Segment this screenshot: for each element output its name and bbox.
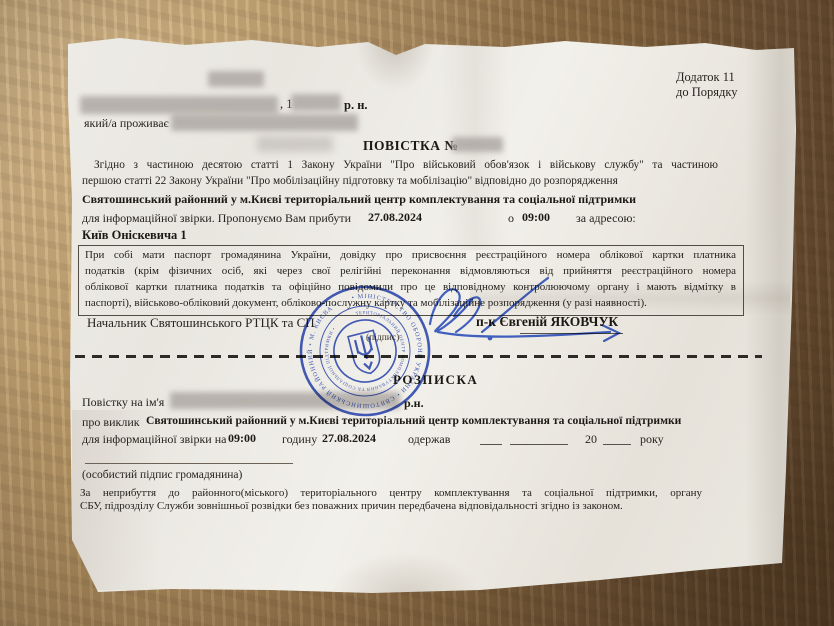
blank-line bbox=[603, 444, 631, 445]
birth-suffix: р. н. bbox=[344, 98, 368, 113]
receipt-received-word: одержав bbox=[408, 432, 450, 447]
receipt-call-label: про виклик bbox=[82, 415, 140, 430]
receipt-time: 09:00 bbox=[228, 431, 256, 446]
tcc-name: Святошинський районний у м.Києві територ… bbox=[82, 192, 636, 207]
trident-icon bbox=[354, 334, 376, 370]
paper-crease bbox=[745, 40, 795, 570]
receipt-tcc-name: Святошинський районний у м.Києві територ… bbox=[146, 414, 681, 427]
blank-line bbox=[510, 444, 568, 445]
year-word: року bbox=[640, 432, 664, 447]
pen-signature bbox=[398, 272, 638, 350]
requirements-line1: При собі мати паспорт громадянина Україн… bbox=[85, 249, 736, 261]
residence-label: який/а проживає bbox=[84, 116, 169, 131]
time-connector: о bbox=[508, 211, 514, 226]
paper-crease bbox=[355, 42, 435, 92]
warning-line1: За неприбуття до районного(міського) тер… bbox=[80, 487, 702, 499]
legal-text-line2: першою статті 22 Закону України "Про моб… bbox=[82, 175, 618, 187]
warning-line2: СБУ, підрозділу Служби зовнішньої розвід… bbox=[80, 500, 623, 512]
address-label: за адресою: bbox=[576, 211, 636, 226]
year-prefix: 20 bbox=[585, 432, 597, 447]
annex-order: до Порядку bbox=[676, 85, 738, 100]
redaction-blur-address bbox=[171, 114, 358, 131]
purpose-prefix: для інформаційної звірки. Пропонуємо Вам… bbox=[82, 211, 351, 226]
redaction-blur bbox=[208, 71, 264, 87]
redaction-blur-name bbox=[80, 96, 278, 114]
summons-paper: Додаток 11 до Порядку , 1 р. н. який/а п… bbox=[0, 0, 834, 626]
appearance-address: Київ Оніскевича 1 bbox=[82, 228, 187, 243]
summons-title: ПОВІСТКА № bbox=[363, 138, 459, 154]
legal-text-line1: Згідно з частиною десятою статті 1 Закон… bbox=[94, 159, 718, 171]
redaction-blur-birthdate bbox=[291, 94, 341, 111]
blank-line bbox=[480, 444, 502, 445]
redaction-blur-number bbox=[452, 137, 503, 152]
redaction-smudge bbox=[257, 136, 333, 152]
personal-signature-caption: (особистий підпис громадянина) bbox=[82, 469, 242, 481]
personal-signature-line bbox=[85, 463, 293, 464]
receipt-name-label: Повістку на ім'я bbox=[82, 395, 164, 410]
photo-of-summons-document: Додаток 11 до Порядку , 1 р. н. який/а п… bbox=[0, 0, 834, 626]
annex-number: Додаток 11 bbox=[676, 70, 735, 85]
signature-dot bbox=[488, 336, 493, 341]
appearance-date: 27.08.2024 bbox=[368, 210, 422, 225]
paper-crease bbox=[330, 552, 480, 594]
appearance-time: 09:00 bbox=[522, 210, 550, 225]
receipt-time-prefix: для інформаційної звірки на bbox=[82, 432, 226, 447]
